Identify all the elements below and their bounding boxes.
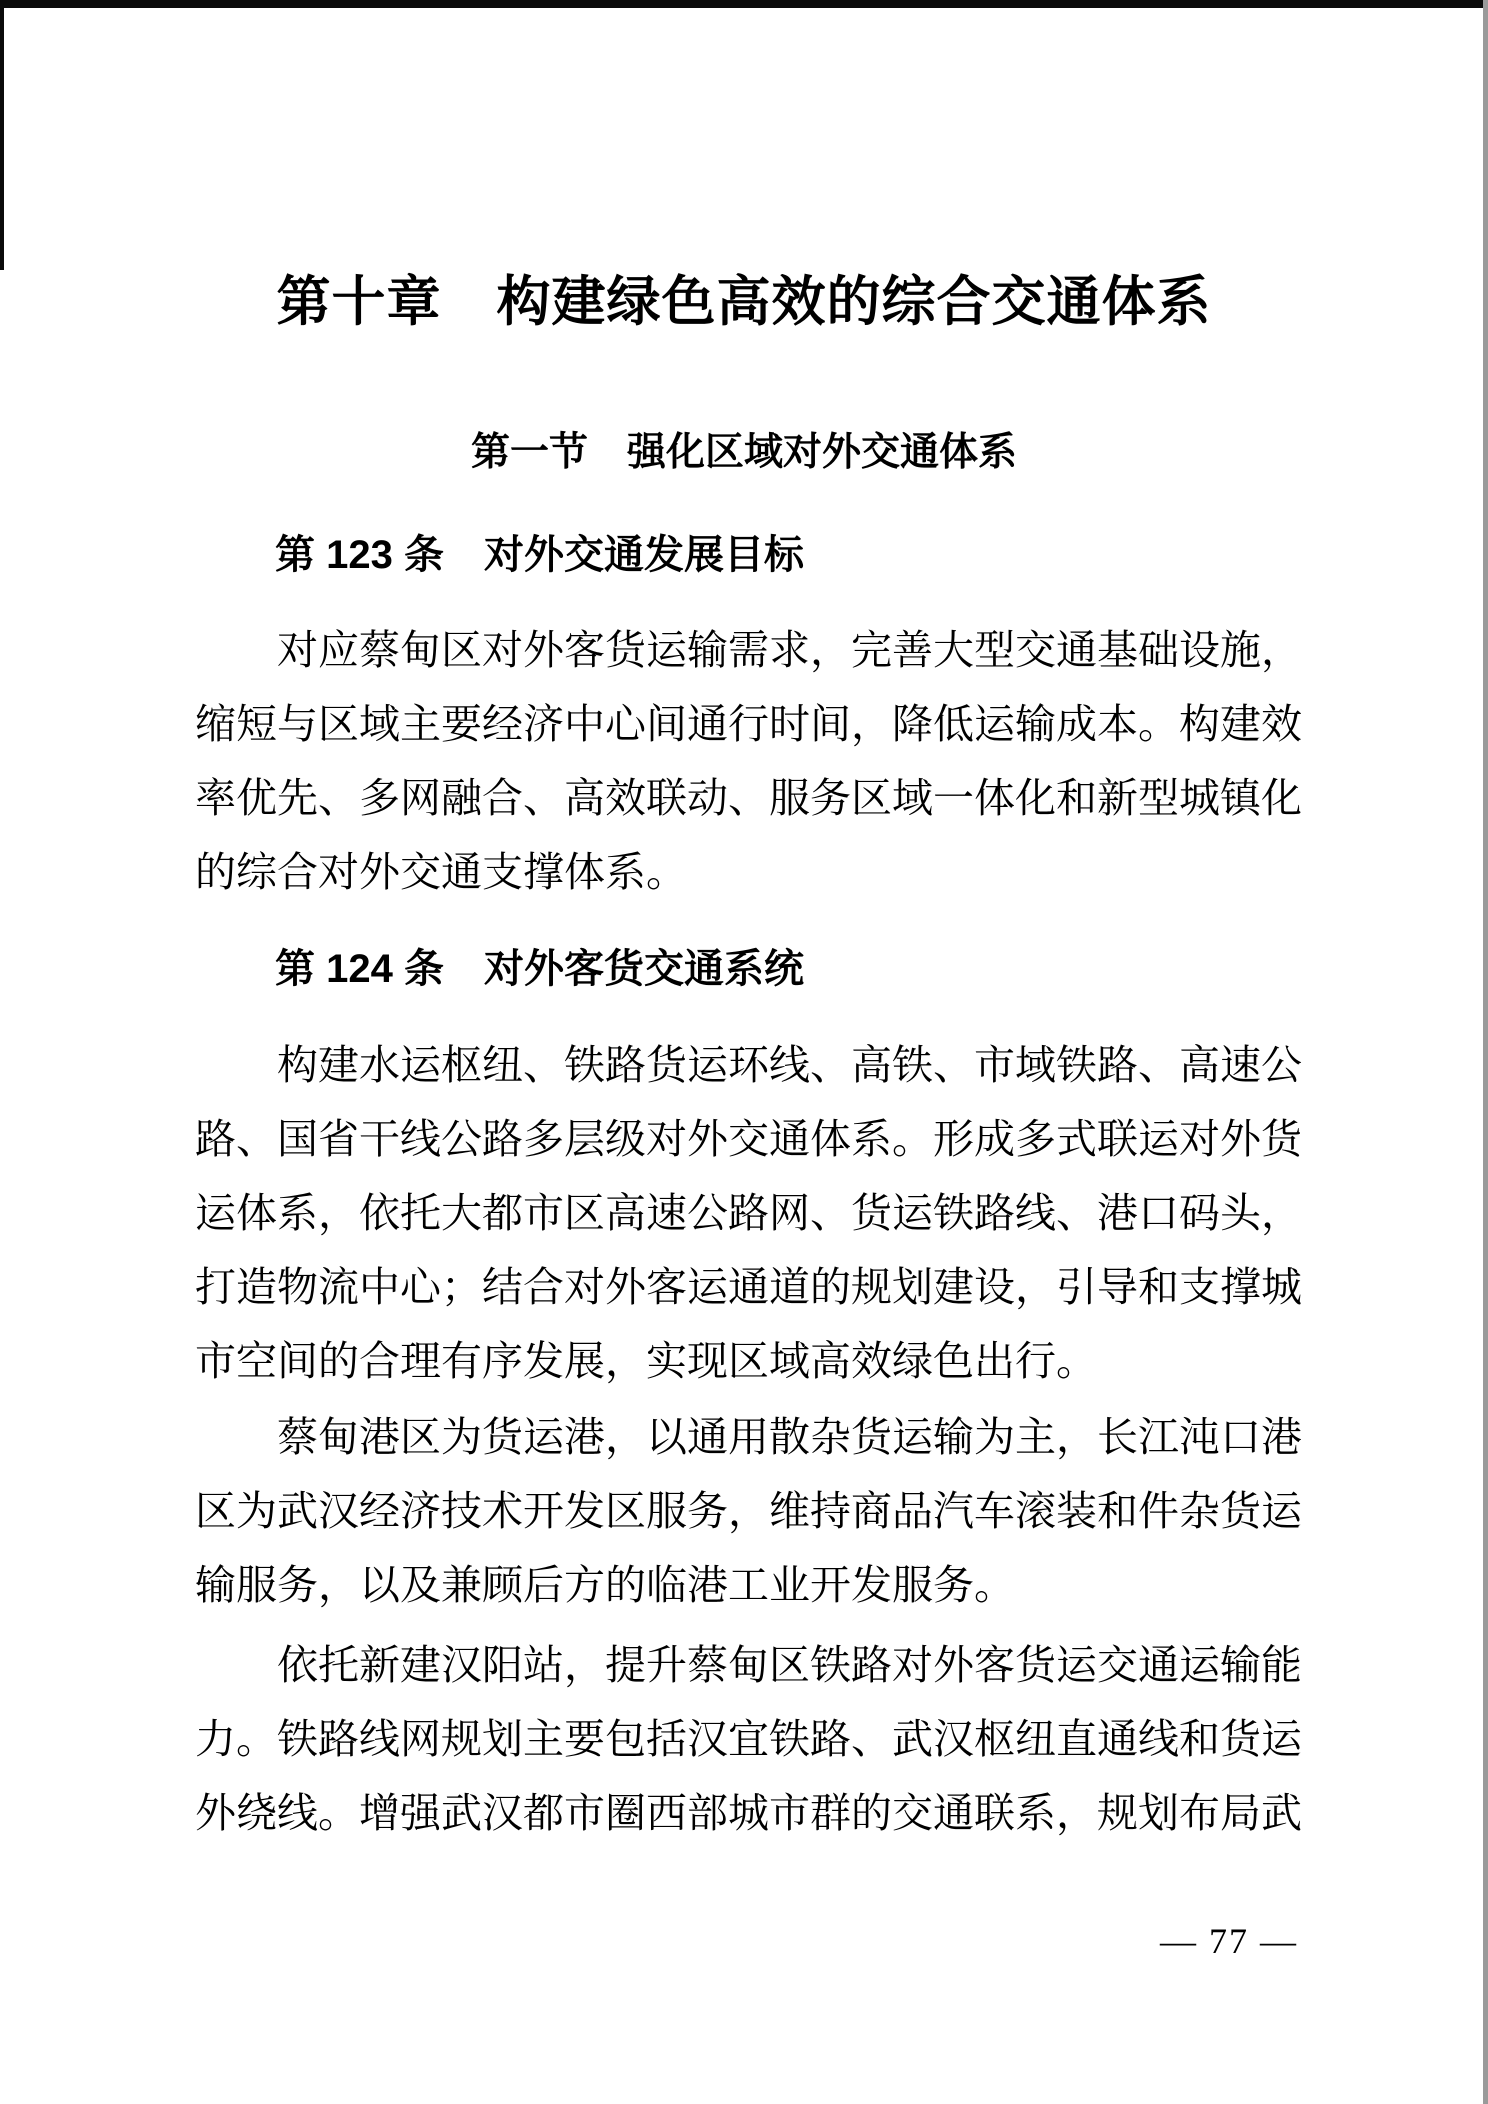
scan-edge-top	[0, 0, 1488, 8]
article-123-paragraph-1: 对应蔡甸区对外客货运输需求，完善大型交通基础设施，缩短与区域主要经济中心间通行时…	[195, 613, 1302, 909]
chapter-title: 第十章 构建绿色高效的综合交通体系	[0, 272, 1488, 332]
article-124-paragraph-3: 依托新建汉阳站，提升蔡甸区铁路对外客货运交通运输能力。铁路线网规划主要包括汉宜铁…	[195, 1628, 1302, 1850]
scan-edge-left	[0, 0, 4, 270]
article-124-paragraph-2: 蔡甸港区为货运港，以通用散杂货运输为主，长江沌口港区为武汉经济技术开发区服务，维…	[195, 1400, 1302, 1622]
page-number: — 77 —	[1160, 1921, 1298, 1961]
article-124-paragraph-1: 构建水运枢纽、铁路货运环线、高铁、市域铁路、高速公路、国省干线公路多层级对外交通…	[195, 1028, 1302, 1398]
article-123-heading: 第 123 条 对外交通发展目标	[195, 533, 1302, 577]
section-title: 第一节 强化区域对外交通体系	[0, 431, 1488, 475]
article-124-heading: 第 124 条 对外客货交通系统	[195, 947, 1302, 991]
document-page: 第十章 构建绿色高效的综合交通体系 第一节 强化区域对外交通体系 第 123 条…	[0, 0, 1488, 2104]
